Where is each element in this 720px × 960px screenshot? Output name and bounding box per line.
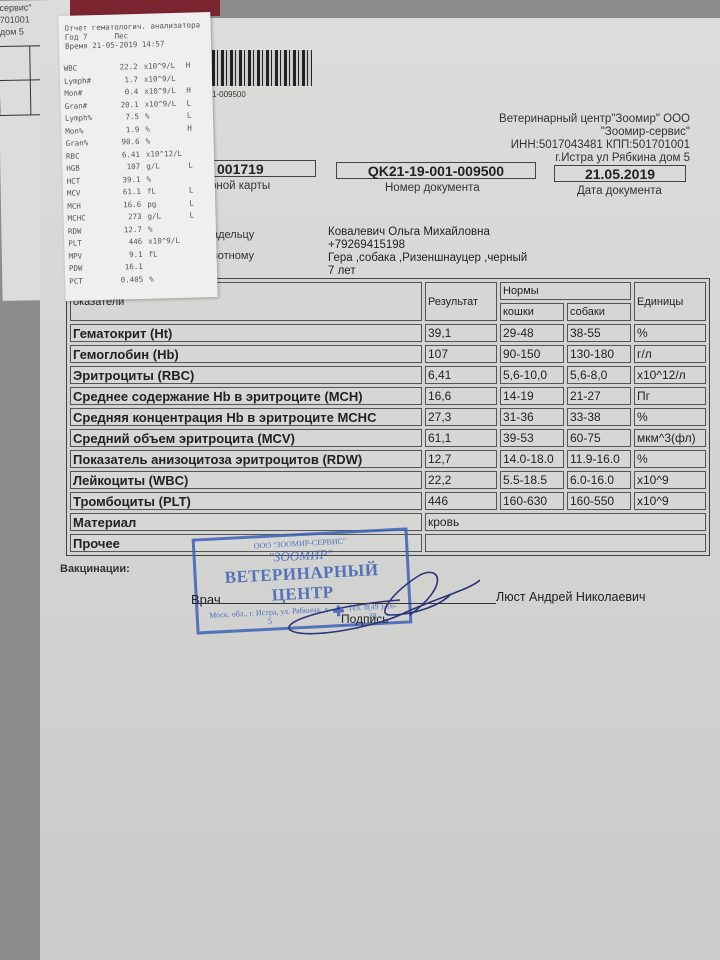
norm-cats: 39-53 (500, 429, 564, 447)
receipt-param: MCV (67, 188, 111, 198)
receipt-year-label: Год (65, 33, 79, 42)
table-row: Лейкоциты (WBC)22,25.5-18.56.0-16.0x10^9 (70, 471, 706, 489)
receipt-flag (188, 173, 202, 182)
norm-dogs: 11.9-16.0 (567, 450, 631, 468)
indicator-name: Тромбоциты (PLT) (70, 492, 422, 510)
receipt-flag (188, 148, 202, 157)
card-number-field: 001719 (210, 160, 316, 177)
animal-age: 7 лет (328, 265, 356, 278)
receipt-param: PCT (69, 275, 113, 285)
receipt-flag (190, 248, 204, 257)
receipt-flag: H (186, 85, 200, 94)
handwritten-signature (280, 560, 480, 640)
organization-block: Ветеринарный центр"Зоомир" ООО "Зоомир-с… (499, 113, 690, 165)
bg-text: 701001 (0, 14, 30, 25)
unit: x10^9 (634, 492, 706, 510)
result-value: 61,1 (425, 429, 497, 447)
norm-cats: 160-630 (500, 492, 564, 510)
bg-text: сервис" (0, 2, 32, 13)
norm-dogs: 38-55 (567, 324, 631, 342)
receipt-param: PLT (68, 238, 112, 248)
receipt-value: 0.4 (108, 87, 138, 97)
receipt-flag: H (187, 123, 201, 132)
indicator-name: Показатель анизоцитоза эритроцитов (RDW) (70, 450, 422, 468)
receipt-flag (191, 273, 205, 282)
receipt-param: RDW (68, 225, 112, 235)
card-number-caption: рной карты (210, 180, 270, 192)
receipt-unit: % (143, 273, 191, 283)
norm-dogs: 5,6-8,0 (567, 366, 631, 384)
receipt-row: WBC22.2x10^9/LH (64, 60, 206, 73)
norm-cats: 90-150 (500, 345, 564, 363)
norm-cats: 14-19 (500, 387, 564, 405)
org-ids: ИНН:5017043481 КПП:501701001 (499, 139, 690, 152)
receipt-param: WBC (64, 63, 108, 73)
vaccinations-label: Вакцинации: (60, 563, 130, 575)
result-value: 12,7 (425, 450, 497, 468)
receipt-row: Lymph%7.5%L (65, 110, 207, 123)
receipt-flag: L (189, 210, 203, 219)
result-value: 446 (425, 492, 497, 510)
norm-cats: 31-36 (500, 408, 564, 426)
unit: % (634, 408, 706, 426)
receipt-row: MPV9.1fL (68, 248, 210, 261)
receipt-unit: % (139, 136, 187, 146)
receipt-row: Mon#0.4x10^9/LH (64, 85, 206, 98)
unit: Пг (634, 387, 706, 405)
receipt-value: 9.1 (112, 249, 142, 259)
indicator-name: Среднее содержание Hb в эритроците (MCH) (70, 387, 422, 405)
receipt-row: PCT0.405% (69, 273, 211, 286)
receipt-flag (190, 223, 204, 232)
indicator-name: Эритроциты (RBC) (70, 366, 422, 384)
receipt-row: RBC6.41x10^12/L (66, 148, 208, 161)
receipt-value: 6.41 (110, 149, 140, 159)
receipt-row: RDW12.7% (68, 223, 210, 236)
receipt-unit: % (140, 173, 188, 183)
norm-dogs: 130-180 (567, 345, 631, 363)
table-row: Средний объем эритроцита (MCV)61,139-536… (70, 429, 706, 447)
owner-name: Ковалевич Ольга Михайловна (328, 226, 490, 239)
result-value: 16,6 (425, 387, 497, 405)
header-result: Результат (425, 282, 497, 321)
receipt-unit: g/L (140, 161, 188, 171)
receipt-value: 446 (112, 237, 142, 247)
receipt-flag (191, 260, 205, 269)
receipt-row: MCV61.1fLL (67, 185, 209, 198)
receipt-param: HCT (66, 175, 110, 185)
unit: мкм^3(фл) (634, 429, 706, 447)
table-row: Средняя концентрация Hb в эритроците MCH… (70, 408, 706, 426)
receipt-flag (186, 73, 200, 82)
org-subname: "Зоомир-сервис" (499, 126, 690, 139)
receipt-time-label: Время (65, 41, 88, 51)
document-number-caption: Номер документа (385, 182, 480, 194)
norm-dogs: 160-550 (567, 492, 631, 510)
unit: г/л (634, 345, 706, 363)
result-value: 27,3 (425, 408, 497, 426)
norm-cats: 5.5-18.5 (500, 471, 564, 489)
receipt-row: HCT39.1% (66, 173, 208, 186)
receipt-row: PDW16.1 (69, 260, 211, 273)
owner-label: адельцу (212, 229, 254, 241)
norm-dogs: 60-75 (567, 429, 631, 447)
norm-dogs: 21-27 (567, 387, 631, 405)
receipt-unit: fL (142, 248, 190, 258)
unit: % (634, 324, 706, 342)
receipt-param: MCH (67, 200, 111, 210)
header-norms: Нормы (500, 282, 631, 300)
result-value: 6,41 (425, 366, 497, 384)
receipt-row: MCHC273g/LL (67, 210, 209, 223)
barcode-number: 1-009500 (212, 90, 246, 99)
receipt-param: MCHC (67, 213, 111, 223)
owner-phone: +79269415198 (328, 239, 405, 252)
receipt-value: 16.1 (113, 262, 143, 272)
material-value: кровь (425, 513, 706, 531)
receipt-flag: L (189, 198, 203, 207)
doctor-label: Врач (191, 592, 221, 607)
receipt-flag: L (186, 98, 200, 107)
table-row: Тромбоциты (PLT)446160-630160-550x10^9 (70, 492, 706, 510)
receipt-value: 16.6 (111, 199, 141, 209)
receipt-value: 0.405 (113, 274, 143, 284)
receipt-year-value: 7 (83, 32, 88, 41)
table-row: Гемоглобин (Hb)10790-150130-180г/л (70, 345, 706, 363)
receipt-species: Пес (114, 31, 128, 40)
table-row: Показатель анизоцитоза эритроцитов (RDW)… (70, 450, 706, 468)
receipt-param: Gran% (66, 138, 110, 148)
table-row: Среднее содержание Hb в эритроците (MCH)… (70, 387, 706, 405)
result-value: 107 (425, 345, 497, 363)
receipt-param: Lymph# (64, 75, 108, 85)
receipt-row: Gran#20.1x10^9/LL (65, 98, 207, 111)
table-row: Гематокрит (Ht)39,129-4838-55% (70, 324, 706, 342)
receipt-flag: L (189, 185, 203, 194)
norm-cats: 5,6-10,0 (500, 366, 564, 384)
material-label: Материал (70, 513, 422, 531)
receipt-unit: x10^9/L (142, 236, 190, 246)
receipt-row: Mon%1.9%H (65, 123, 207, 136)
receipt-value: 107 (110, 162, 140, 172)
receipt-param: HGB (66, 163, 110, 173)
header-units: Единицы (634, 282, 706, 321)
unit: x10^9 (634, 471, 706, 489)
receipt-flag (187, 135, 201, 144)
indicator-name: Гематокрит (Ht) (70, 324, 422, 342)
analyzer-receipt: Отчет гематологич. анализатора Год 7 Пес… (58, 12, 217, 301)
receipt-param: Mon# (64, 88, 108, 98)
bg-text: дом 5 (0, 27, 24, 37)
animal-label: вотному (212, 250, 254, 262)
receipt-value: 20.1 (109, 99, 139, 109)
receipt-header: Отчет гематологич. анализатора Год 7 Пес… (65, 20, 201, 51)
org-name: Ветеринарный центр"Зоомир" ООО (499, 113, 690, 126)
receipt-unit: x10^9/L (138, 61, 186, 71)
document-date-field: 21.05.2019 (554, 165, 686, 182)
document-date-caption: Дата документа (577, 185, 662, 197)
result-value: 22,2 (425, 471, 497, 489)
doctor-name: Люст Андрей Николаевич (496, 590, 646, 604)
receipt-unit: x10^9/L (138, 86, 186, 96)
table-row: Эритроциты (RBC)6,415,6-10,05,6-8,0x10^1… (70, 366, 706, 384)
barcode (212, 50, 312, 86)
document-number-field: QK21-19-001-009500 (336, 162, 536, 179)
animal-description: Гера ,собака ,Ризеншнауцер ,черный (328, 252, 527, 265)
receipt-flag: H (186, 60, 200, 69)
receipt-row: HGB107g/LL (66, 160, 208, 173)
receipt-row: PLT446x10^9/L (68, 235, 210, 248)
other-value (425, 534, 706, 552)
receipt-unit: x10^12/L (140, 148, 188, 158)
indicator-name: Гемоглобин (Hb) (70, 345, 422, 363)
norm-dogs: 6.0-16.0 (567, 471, 631, 489)
result-value: 39,1 (425, 324, 497, 342)
receipt-unit: pg (141, 198, 189, 208)
receipt-param: RBC (66, 150, 110, 160)
receipt-param: MPV (68, 250, 112, 260)
receipt-flag (190, 235, 204, 244)
receipt-flag: L (187, 110, 201, 119)
receipt-value: 12.7 (112, 224, 142, 234)
receipt-row: Lymph#1.7x10^9/L (64, 73, 206, 86)
receipt-param: Gran# (65, 100, 109, 110)
receipt-value: 90.6 (109, 137, 139, 147)
norm-cats: 29-48 (500, 324, 564, 342)
receipt-unit: x10^9/L (139, 98, 187, 108)
receipt-value: 1.7 (108, 74, 138, 84)
receipt-value: 273 (111, 212, 141, 222)
receipt-value: 39.1 (110, 174, 140, 184)
receipt-time-value: 21-05-2019 14:57 (92, 39, 164, 50)
unit: x10^12/л (634, 366, 706, 384)
receipt-unit: g/L (141, 211, 189, 221)
receipt-param: PDW (69, 263, 113, 273)
receipt-unit: % (139, 123, 187, 133)
receipt-param: Mon% (65, 125, 109, 135)
norm-cats: 14.0-18.0 (500, 450, 564, 468)
receipt-param: Lymph% (65, 113, 109, 123)
receipt-value: 22.2 (108, 62, 138, 72)
receipt-row: MCH16.6pgL (67, 198, 209, 211)
unit: % (634, 450, 706, 468)
receipt-unit: % (139, 111, 187, 121)
receipt-unit: % (142, 223, 190, 233)
receipt-value: 7.5 (109, 112, 139, 122)
indicator-name: Средняя концентрация Hb в эритроците MCH… (70, 408, 422, 426)
results-table: оказатели Результат Нормы Единицы кошки … (66, 278, 710, 556)
receipt-value: 61.1 (111, 187, 141, 197)
receipt-unit: fL (141, 186, 189, 196)
receipt-unit (143, 261, 191, 271)
receipt-unit: x10^9/L (138, 73, 186, 83)
header-dogs: собаки (567, 303, 631, 321)
header-cats: кошки (500, 303, 564, 321)
indicator-name: Лейкоциты (WBC) (70, 471, 422, 489)
receipt-flag: L (188, 160, 202, 169)
receipt-value: 1.9 (109, 124, 139, 134)
receipt-row: Gran%90.6% (66, 135, 208, 148)
norm-dogs: 33-38 (567, 408, 631, 426)
indicator-name: Средний объем эритроцита (MCV) (70, 429, 422, 447)
